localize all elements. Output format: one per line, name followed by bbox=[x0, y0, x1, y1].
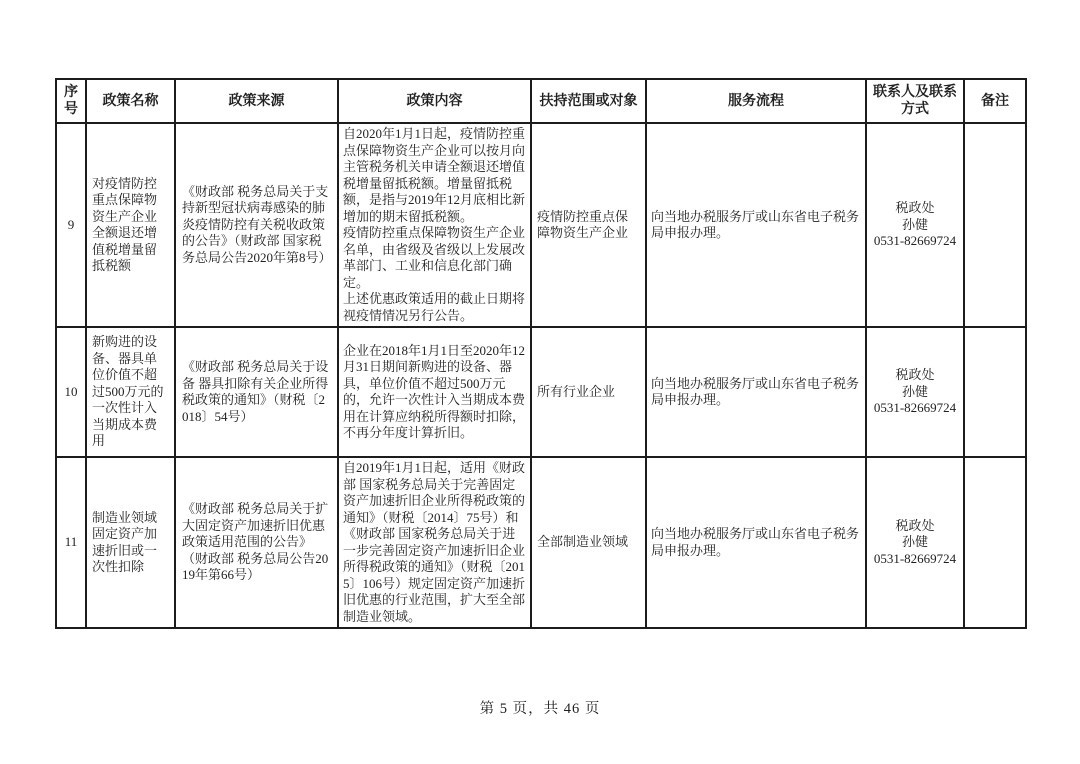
support-scope: 疫情防控重点保障物资生产企业 bbox=[531, 123, 646, 327]
policy-content-paragraph: 上述优惠政策适用的截止日期将视疫情情况另行公告。 bbox=[343, 291, 526, 324]
service-process: 向当地办税服务厅或山东省电子税务局申报办理。 bbox=[646, 457, 866, 628]
policy-content-paragraph: 企业在2018年1月1日至2020年12月31日期间新购进的设备、器具，单位价值… bbox=[343, 343, 526, 442]
policy-row-10: 10 新购进的设备、器具单位价值不超过500万元的一次性计入当期成本费用 《财政… bbox=[56, 327, 1026, 457]
contact-person: 孙健 bbox=[868, 384, 962, 401]
contact-info: 税政处 孙健 0531-82669724 bbox=[866, 327, 964, 457]
document-page: 序号 政策名称 政策来源 政策内容 扶持范围或对象 服务流程 联系人及联系方式 … bbox=[0, 0, 1080, 764]
contact-phone: 0531-82669724 bbox=[868, 233, 962, 250]
policy-source: 《财政部 税务总局关于扩大固定资产加速折旧优惠政策适用范围的公告》（财政部 税务… bbox=[175, 457, 338, 628]
header-contact-info: 联系人及联系方式 bbox=[866, 79, 964, 123]
contact-person: 孙健 bbox=[868, 534, 962, 551]
contact-department: 税政处 bbox=[868, 200, 962, 217]
policy-row-9: 9 对疫情防控重点保障物资生产企业全额退还增值税增量留抵税额 《财政部 税务总局… bbox=[56, 123, 1026, 327]
policy-content: 企业在2018年1月1日至2020年12月31日期间新购进的设备、器具，单位价值… bbox=[338, 327, 531, 457]
contact-department: 税政处 bbox=[868, 367, 962, 384]
policy-content-paragraph: 疫情防控重点保障物资生产企业名单，由省级及省级以上发展改革部门、工业和信息化部门… bbox=[343, 225, 526, 291]
page-footer: 第 5 页，共 46 页 bbox=[0, 697, 1080, 718]
remark-cell bbox=[964, 457, 1026, 628]
row-number: 10 bbox=[56, 327, 86, 457]
policy-content-paragraph: 自2019年1月1日起，适用《财政部 国家税务总局关于完善固定资产加速折旧企业所… bbox=[343, 460, 526, 625]
header-serial-number: 序号 bbox=[56, 79, 86, 123]
header-policy-source: 政策来源 bbox=[175, 79, 338, 123]
remark-cell bbox=[964, 123, 1026, 327]
contact-person: 孙健 bbox=[868, 217, 962, 234]
remark-cell bbox=[964, 327, 1026, 457]
policy-table: 序号 政策名称 政策来源 政策内容 扶持范围或对象 服务流程 联系人及联系方式 … bbox=[55, 78, 1027, 629]
policy-source: 《财政部 税务总局关于设备 器具扣除有关企业所得税政策的通知》（财税〔2018〕… bbox=[175, 327, 338, 457]
contact-phone: 0531-82669724 bbox=[868, 551, 962, 568]
support-scope: 所有行业企业 bbox=[531, 327, 646, 457]
header-policy-content: 政策内容 bbox=[338, 79, 531, 123]
contact-phone: 0531-82669724 bbox=[868, 400, 962, 417]
policy-source: 《财政部 税务总局关于支持新型冠状病毒感染的肺炎疫情防控有关税收政策的公告》（财… bbox=[175, 123, 338, 327]
contact-info: 税政处 孙健 0531-82669724 bbox=[866, 457, 964, 628]
service-process: 向当地办税服务厅或山东省电子税务局申报办理。 bbox=[646, 327, 866, 457]
table-header-row: 序号 政策名称 政策来源 政策内容 扶持范围或对象 服务流程 联系人及联系方式 … bbox=[56, 79, 1026, 123]
policy-name: 对疫情防控重点保障物资生产企业全额退还增值税增量留抵税额 bbox=[86, 123, 175, 327]
support-scope: 全部制造业领域 bbox=[531, 457, 646, 628]
header-policy-name: 政策名称 bbox=[86, 79, 175, 123]
policy-content: 自2019年1月1日起，适用《财政部 国家税务总局关于完善固定资产加速折旧企业所… bbox=[338, 457, 531, 628]
policy-content: 自2020年1月1日起，疫情防控重点保障物资生产企业可以按月向主管税务机关申请全… bbox=[338, 123, 531, 327]
policy-row-11: 11 制造业领域固定资产加速折旧或一次性扣除 《财政部 税务总局关于扩大固定资产… bbox=[56, 457, 1026, 628]
header-service-process: 服务流程 bbox=[646, 79, 866, 123]
policy-name: 制造业领域固定资产加速折旧或一次性扣除 bbox=[86, 457, 175, 628]
row-number: 11 bbox=[56, 457, 86, 628]
row-number: 9 bbox=[56, 123, 86, 327]
header-support-scope: 扶持范围或对象 bbox=[531, 79, 646, 123]
header-remarks: 备注 bbox=[964, 79, 1026, 123]
contact-info: 税政处 孙健 0531-82669724 bbox=[866, 123, 964, 327]
policy-name: 新购进的设备、器具单位价值不超过500万元的一次性计入当期成本费用 bbox=[86, 327, 175, 457]
contact-department: 税政处 bbox=[868, 518, 962, 535]
policy-content-paragraph: 自2020年1月1日起，疫情防控重点保障物资生产企业可以按月向主管税务机关申请全… bbox=[343, 126, 526, 225]
service-process: 向当地办税服务厅或山东省电子税务局申报办理。 bbox=[646, 123, 866, 327]
